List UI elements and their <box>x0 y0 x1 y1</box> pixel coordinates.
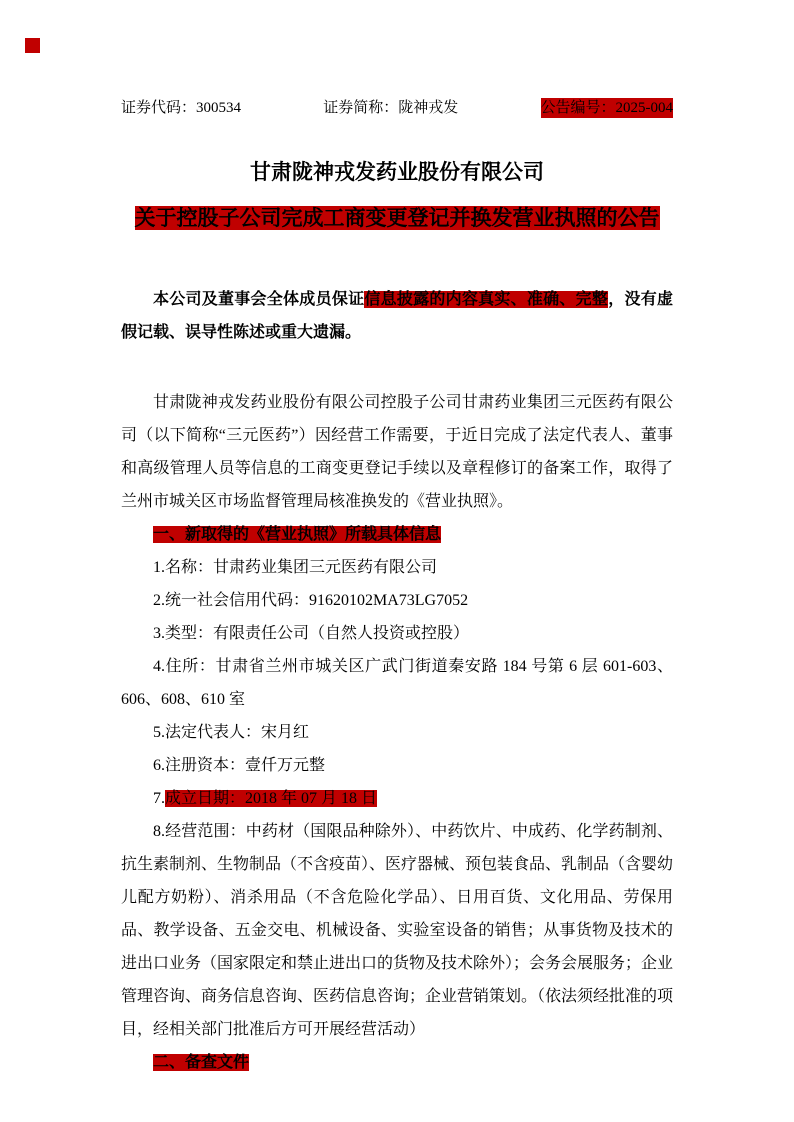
list-item-business-scope: 8.经营范围：中药材（国限品种除外）、中药饮片、中成药、化学药制剂、抗生素制剂、… <box>121 815 673 1046</box>
disclaimer-highlight: 信息披露的内容真实、准确、完整 <box>364 291 608 308</box>
establish-date-highlight: 成立日期：2018 年 07 月 18 日 <box>165 790 377 807</box>
company-title: 甘肃陇神戎发药业股份有限公司 <box>121 158 673 187</box>
stock-name: 证券简称：陇神戎发 <box>323 98 458 118</box>
announcement-title-text: 关于控股子公司完成工商变更登记并换发营业执照的公告 <box>135 206 660 230</box>
section2-heading: 二、备查文件 <box>121 1046 673 1079</box>
announcement-title: 关于控股子公司完成工商变更登记并换发营业执照的公告 <box>121 204 673 233</box>
stock-code: 证券代码：300534 <box>121 98 241 118</box>
list-item-establish-date: 7.成立日期：2018 年 07 月 18 日 <box>121 782 673 815</box>
document-page: 证券代码：300534 证券简称：陇神戎发 公告编号：2025-004 甘肃陇神… <box>0 0 794 1122</box>
disclaimer-paragraph: 本公司及董事会全体成员保证信息披露的内容真实、准确、完整，没有虚假记载、误导性陈… <box>121 283 673 349</box>
document-body: 甘肃陇神戎发药业股份有限公司控股子公司甘肃药业集团三元医药有限公司（以下简称“三… <box>121 386 673 1079</box>
announcement-number: 公告编号：2025-004 <box>541 98 674 118</box>
list-item-legal-rep: 5.法定代表人：宋月红 <box>121 716 673 749</box>
section2-heading-text: 二、备查文件 <box>153 1054 249 1071</box>
red-highlight-marker <box>25 38 40 53</box>
list-item-credit-code: 2.统一社会信用代码：91620102MA73LG7052 <box>121 584 673 617</box>
list-item-name: 1.名称：甘肃药业集团三元医药有限公司 <box>121 551 673 584</box>
section1-heading-text: 一、新取得的《营业执照》所载具体信息 <box>153 526 441 543</box>
intro-paragraph: 甘肃陇神戎发药业股份有限公司控股子公司甘肃药业集团三元医药有限公司（以下简称“三… <box>121 386 673 518</box>
document-header: 证券代码：300534 证券简称：陇神戎发 公告编号：2025-004 <box>121 98 673 118</box>
establish-date-prefix: 7. <box>153 790 165 807</box>
list-item-registered-capital: 6.注册资本：壹仟万元整 <box>121 749 673 782</box>
list-item-address: 4.住所：甘肃省兰州市城关区广武门街道秦安路 184 号第 6 层 601-60… <box>121 650 673 716</box>
disclaimer-pre: 本公司及董事会全体成员保证 <box>153 291 364 308</box>
list-item-type: 3.类型：有限责任公司（自然人投资或控股） <box>121 617 673 650</box>
section1-heading: 一、新取得的《营业执照》所载具体信息 <box>121 518 673 551</box>
